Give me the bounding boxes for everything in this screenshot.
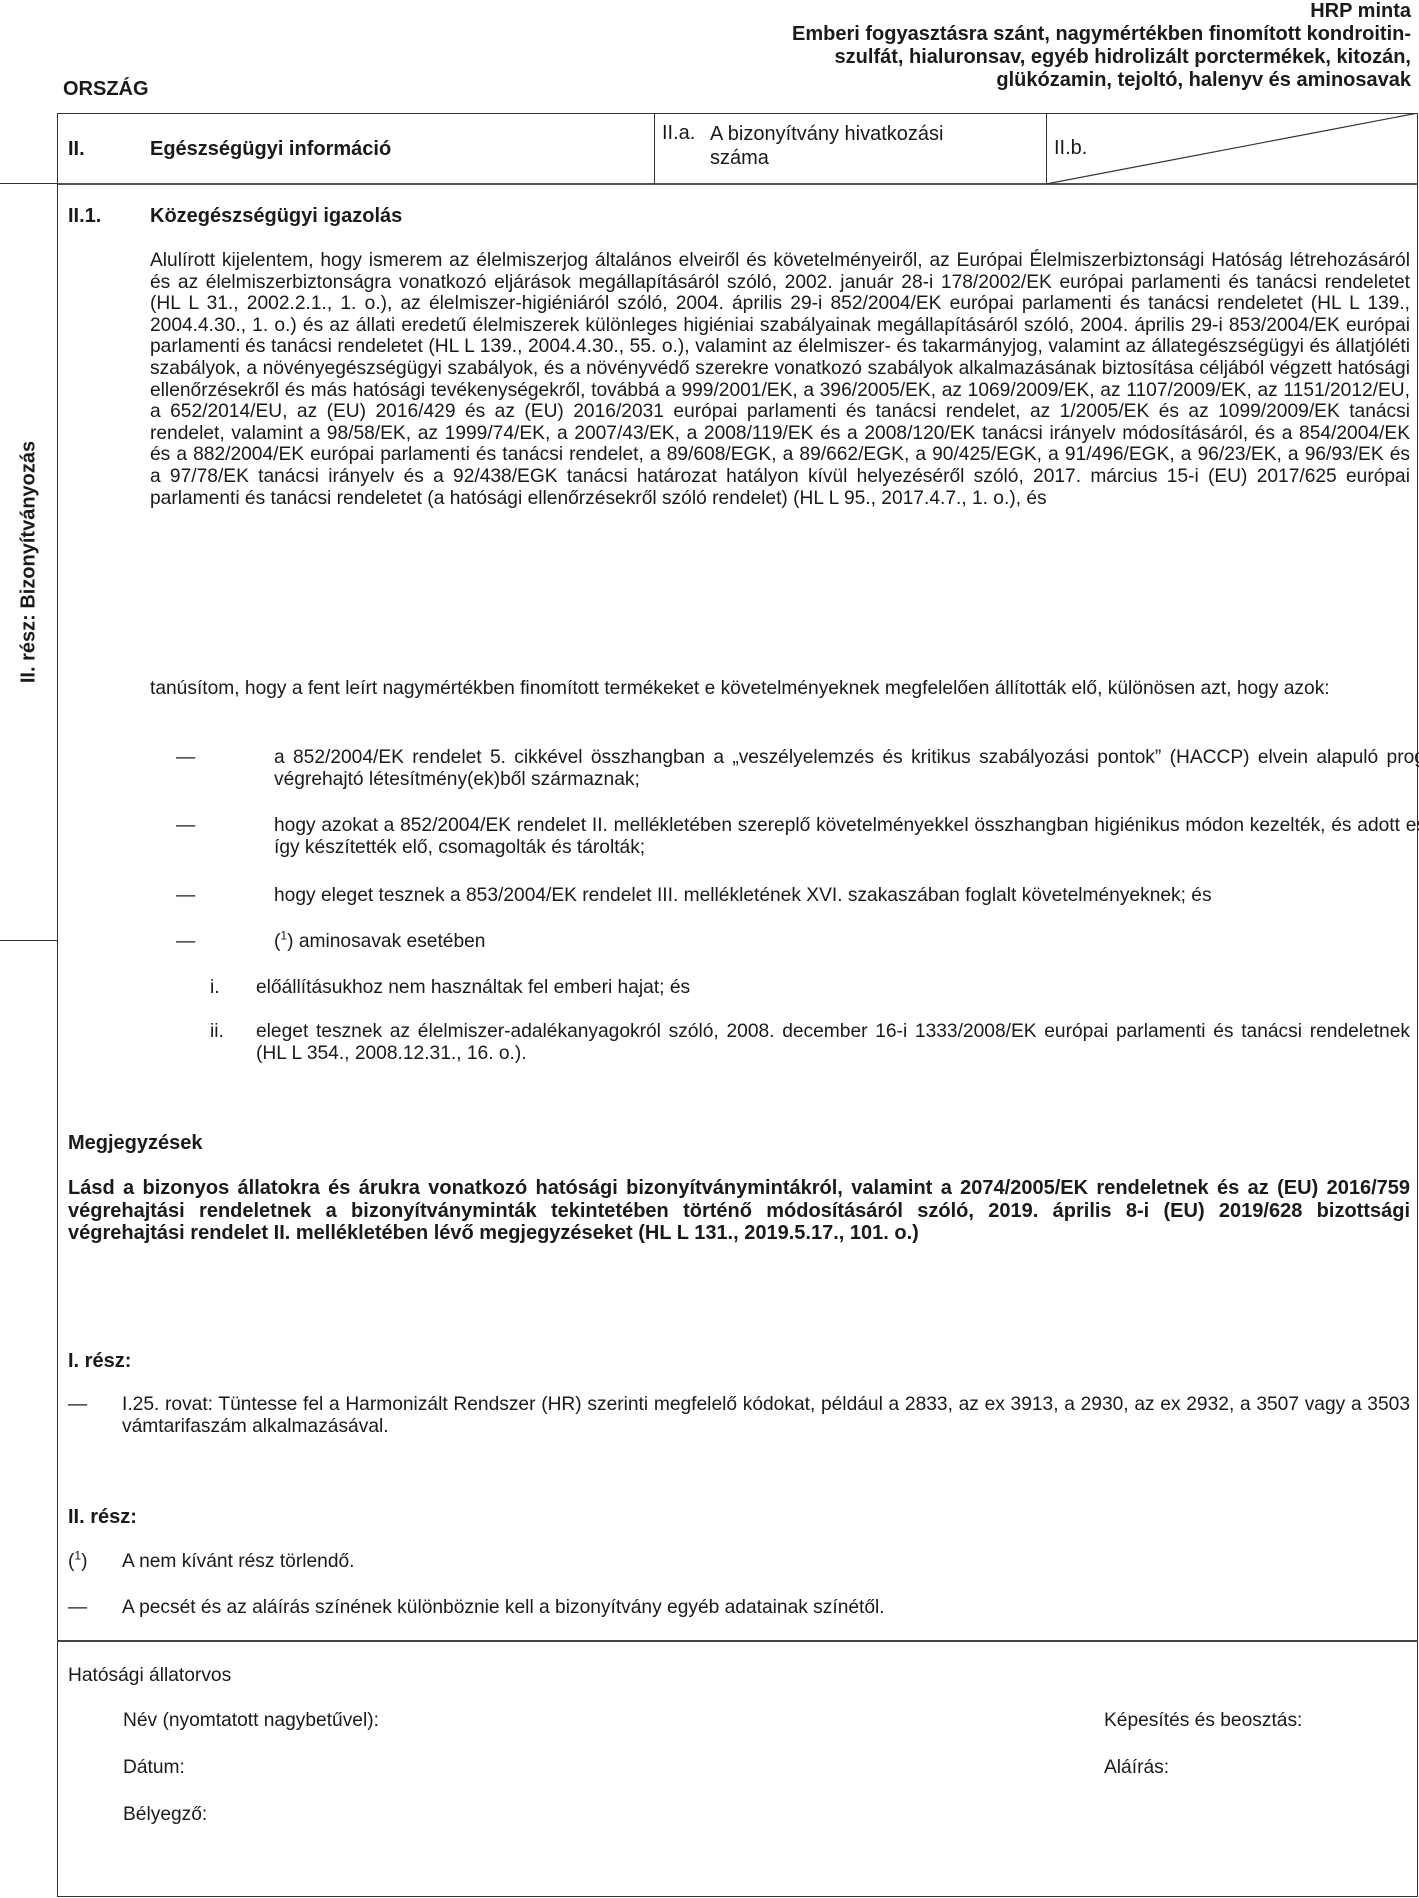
footnote-number: 1 <box>74 1549 81 1563</box>
cell-a-number: II.a. <box>662 122 695 145</box>
footnote-marker: (1) <box>68 1551 87 1573</box>
condition-text-body: aminosavak esetében <box>299 931 486 952</box>
cell-a-label-line: A bizonyítvány hivatkozási <box>710 123 943 145</box>
part1-title: I. rész: <box>68 1350 131 1373</box>
title-line: szulfát, hialuronsav, egyéb hidrolizált … <box>631 46 1411 69</box>
section-number: II. <box>68 138 85 161</box>
note-text: A pecsét és az aláírás színének különböz… <box>122 1597 1410 1619</box>
date-label: Dátum: <box>123 1757 185 1779</box>
dash-marker: — <box>176 885 195 907</box>
footnote-ref: 1 <box>280 929 287 943</box>
signature-title: Hatósági állatorvos <box>68 1665 231 1687</box>
condition-text: (1) aminosavak esetében <box>274 931 1419 953</box>
title-line: Emberi fogyasztásra szánt, nagymértékben… <box>631 23 1411 46</box>
dash-marker: — <box>176 747 195 769</box>
dash-marker: — <box>68 1597 87 1619</box>
sub-condition-text: eleget tesznek az élelmiszer-adalékanyag… <box>256 1021 1410 1064</box>
qualification-label: Képesítés és beosztás: <box>1104 1710 1302 1732</box>
signature-divider <box>57 1640 1418 1642</box>
strikethrough-diagonal <box>1046 113 1418 184</box>
sub-condition-text: előállításukhoz nem használtak fel ember… <box>256 977 1411 999</box>
notes-body: Lásd a bizonyos állatokra és árukra vona… <box>68 1177 1410 1245</box>
side-label: II. rész: Bizonyítványozás <box>18 441 41 683</box>
signature-label: Aláírás: <box>1104 1757 1169 1779</box>
country-label: ORSZÁG <box>63 78 149 101</box>
name-label: Név (nyomtatott nagybetűvel): <box>123 1710 379 1732</box>
cell-a-label-line: száma <box>710 147 769 169</box>
subsection-title: Közegészségügyi igazolás <box>150 205 402 228</box>
condition-text: a 852/2004/EK rendelet 5. cikkével összh… <box>274 747 1419 790</box>
condition-text: hogy azokat a 852/2004/EK rendelet II. m… <box>274 815 1419 858</box>
document-title: Emberi fogyasztásra szánt, nagymértékben… <box>631 23 1411 92</box>
stamp-label: Bélyegző: <box>123 1804 207 1826</box>
part2-title: II. rész: <box>68 1506 137 1529</box>
certificate-reference-cell: II.a. A bizonyítvány hivatkozási száma <box>654 113 1048 184</box>
cell-a-label: A bizonyítvány hivatkozási száma <box>710 122 943 170</box>
attestation-paragraph: tanúsítom, hogy a fent leírt nagymértékb… <box>150 678 1410 700</box>
model-label: HRP minta <box>1310 0 1411 23</box>
note-text: I.25. rovat: Tüntesse fel a Harmonizált … <box>122 1394 1410 1438</box>
title-line: glükózamin, tejoltó, halenyv és aminosav… <box>631 69 1411 92</box>
dash-marker: — <box>68 1394 87 1416</box>
notes-title: Megjegyzések <box>68 1132 203 1155</box>
section-title: Egészségügyi információ <box>150 138 391 161</box>
subsection-number: II.1. <box>68 205 101 228</box>
declaration-paragraph: Alulírott kijelentem, hogy ismerem az él… <box>150 250 1410 509</box>
dash-marker: — <box>176 815 195 837</box>
condition-text: hogy eleget tesznek a 853/2004/EK rendel… <box>274 885 1419 907</box>
sub-marker: i. <box>210 977 220 999</box>
dash-marker: — <box>176 931 195 953</box>
sub-marker: ii. <box>210 1021 224 1043</box>
note-text: A nem kívánt rész törlendő. <box>122 1551 1410 1573</box>
